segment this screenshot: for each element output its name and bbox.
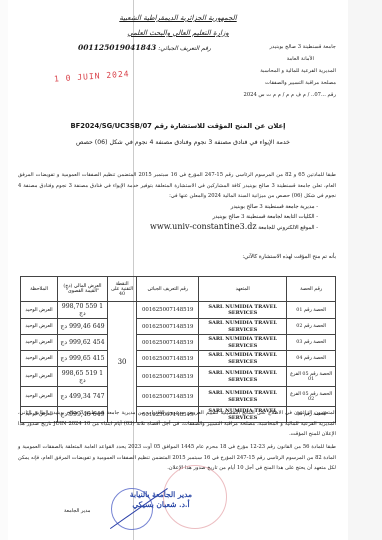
col-financial-offer: العرض المالي (دج) "القيمة القصوى" [58, 277, 108, 302]
publication-item: - الكليات التابعة لجامعة قسنطينة 3 صالح … [150, 212, 318, 222]
website-link[interactable]: www.univ-constantine3.dz [150, 222, 257, 231]
publication-item: - مديرية جامعة قسنطينة 3 صالح بوبنيدر [150, 202, 318, 212]
tax-id-value: 001125019041843 [78, 43, 156, 52]
stamp-title: مدير الجامعة بالنيابة [96, 490, 226, 500]
table-row: الحصة رقم 03 SARL NUMIDIA TRAVEL SERVICE… [21, 335, 336, 351]
publication-list: - مديرية جامعة قسنطينة 3 صالح بوبنيدر - … [150, 202, 318, 233]
publication-item: - الموقع الالكتروني للجامعة www.univ-con… [150, 222, 318, 233]
table-header-row: رقم الحصة المتعهد رقم التعريف الجبائي ال… [21, 277, 336, 302]
org-line-finance: المديرية الفرعية للمالية و المحاسبة [216, 68, 336, 74]
org-line-secretariat: الأمانة العامة [194, 56, 336, 62]
stamp-name: أ.د. شعبان بسيكي [96, 500, 226, 510]
table-row: الحصة رقم 05 الفرع 02 SARL NUMIDIA TRAVE… [21, 387, 336, 407]
director-stamp: مدير الجامعة بالنيابة أ.د. شعبان بسيكي [96, 490, 226, 535]
col-technical-score: النقطة التقنية على 40 [107, 277, 136, 302]
scan-margin [348, 0, 382, 540]
org-line-control: مصلحة مراقبة التسيير والصفقات [216, 80, 336, 86]
col-note: الملاحظة [21, 277, 58, 302]
ministry-header: وزارة التعليم العالي والبحث العلمي [8, 29, 348, 37]
date-stamp: 1 0 JUIN 2024 [54, 69, 130, 83]
col-nif: رقم التعريف الجبائي [137, 277, 199, 302]
signer-title: مدير الجامعة [64, 508, 90, 514]
tax-id-label: رقم التعريف الجبائي: [158, 45, 211, 52]
legal-paragraph: طبقا للمادة 56 من القانون رقم 23-12 مؤرخ… [18, 442, 336, 474]
announcement-title: إعلان عن المنح المؤقت للاستشارة رقم BF20… [8, 122, 348, 130]
org-line-university: جامعة قسنطينة 3 صالح بوبنيدر [216, 44, 336, 50]
announcement-subtitle: خدمة الإيواء في فنادق مصنفة 3 نجوم وفناد… [28, 139, 338, 146]
table-row: الحصة رقم 01 SARL NUMIDIA TRAVEL SERVICE… [21, 302, 336, 319]
document-page: الجمهورية الجزائرية الديمقراطية الشعبية … [8, 0, 348, 540]
table-row: الحصة رقم 02 SARL NUMIDIA TRAVEL SERVICE… [21, 319, 336, 335]
col-lot: رقم الحصة [287, 277, 336, 302]
intro-paragraph: طبقا للمادتين 65 و 82 من المرسوم الرئاسي… [18, 170, 336, 202]
table-row: الحصة رقم 05 الفرع 01 SARL NUMIDIA TRAVE… [21, 367, 336, 387]
col-bidder: المتعهد [199, 277, 287, 302]
award-table: رقم الحصة المتعهد رقم التعريف الجبائي ال… [20, 276, 336, 423]
table-row: الحصة رقم 04 SARL NUMIDIA TRAVEL SERVICE… [21, 351, 336, 367]
technical-score-cell: 30 [107, 302, 136, 423]
table-intro: بأنه تم منح المؤقت لهذه الاستشارة كالآتي… [242, 254, 336, 260]
org-line-reference: رقم ...07.. / م ف م م / م م ت س 2024 [216, 92, 336, 98]
republic-header: الجمهورية الجزائرية الديمقراطية الشعبية [8, 14, 348, 22]
consultation-paragraph: المتعهدون الراغبون في الاطلاع على النتائ… [18, 408, 336, 440]
tax-id: رقم التعريف الجبائي: 001125019041843 [78, 43, 211, 52]
